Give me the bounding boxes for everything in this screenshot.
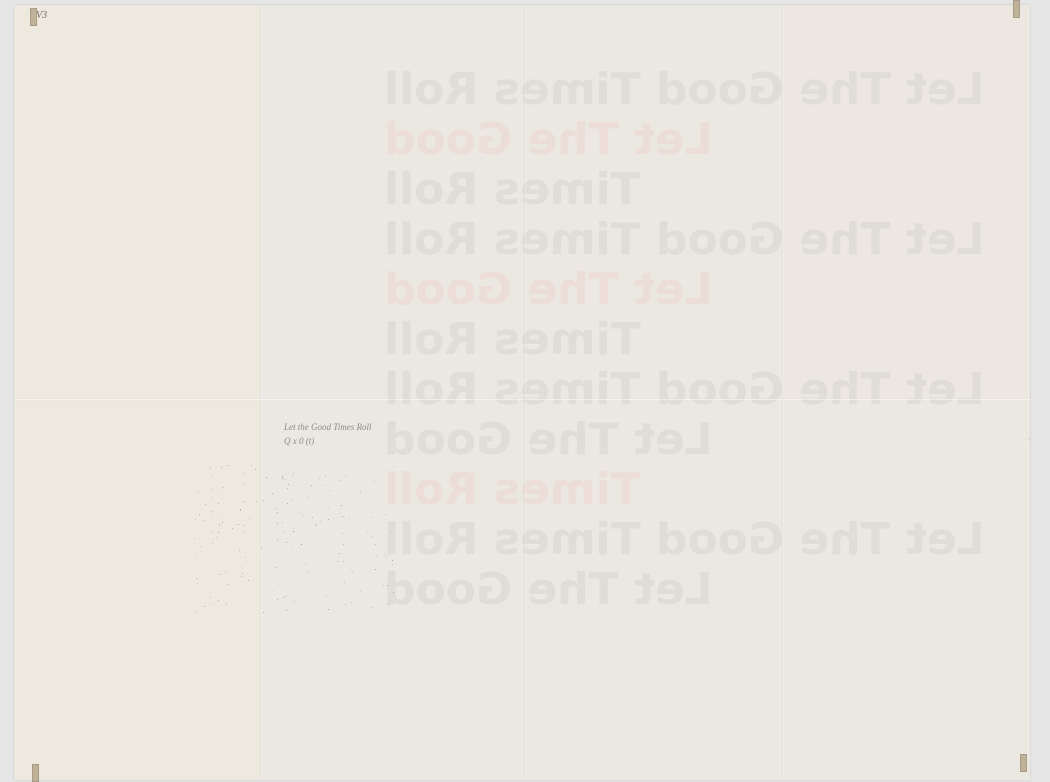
speckle xyxy=(328,507,329,508)
speckle xyxy=(360,492,361,493)
speckle xyxy=(251,465,252,466)
speckle xyxy=(373,505,374,506)
speckle xyxy=(276,508,277,509)
speckle xyxy=(343,544,344,545)
speckle xyxy=(329,490,330,491)
speckle xyxy=(287,488,288,489)
speckle xyxy=(315,525,316,526)
speckle xyxy=(376,555,377,556)
speckle xyxy=(368,563,369,564)
speckle xyxy=(388,604,389,605)
speckle xyxy=(263,500,264,501)
speckle xyxy=(292,499,293,500)
speckle xyxy=(342,516,343,517)
speckle xyxy=(277,599,278,600)
left-panel-tint xyxy=(14,5,260,780)
speckle xyxy=(330,571,331,572)
speckle xyxy=(277,540,278,541)
speckle xyxy=(326,539,327,540)
speckle xyxy=(218,503,219,504)
speckle xyxy=(266,477,267,478)
speckle xyxy=(294,601,295,602)
speckle xyxy=(339,553,340,554)
speckle xyxy=(287,503,288,504)
poster-back: Let The Good Times Roll Let The Good Tim… xyxy=(14,5,1030,780)
speckle xyxy=(312,517,313,518)
corner-pencil-mark: V3 xyxy=(36,10,47,21)
speckle xyxy=(212,518,213,519)
speckle xyxy=(303,515,304,516)
speckle xyxy=(244,501,245,502)
speckle xyxy=(225,571,226,572)
speckle xyxy=(328,519,329,520)
speckle xyxy=(372,517,373,518)
speckle xyxy=(344,582,345,583)
speckle xyxy=(195,612,196,613)
speckle xyxy=(282,478,283,479)
speckle xyxy=(345,475,346,476)
speckle xyxy=(243,473,244,474)
speckle xyxy=(328,609,329,610)
speckle xyxy=(306,538,307,539)
speckle xyxy=(374,481,375,482)
speckle xyxy=(276,567,277,568)
tape-bottom-left xyxy=(32,764,39,782)
speckle xyxy=(293,473,294,474)
speckle xyxy=(292,475,293,476)
edge-tear xyxy=(1029,437,1030,449)
tape-bottom-right xyxy=(1020,754,1027,772)
speckle xyxy=(317,546,318,547)
speckle xyxy=(282,522,283,523)
speckle xyxy=(286,595,287,596)
speckle xyxy=(375,544,376,545)
speckle xyxy=(367,531,368,532)
speckle xyxy=(284,479,285,480)
speckle xyxy=(277,523,278,524)
speckle xyxy=(200,546,201,547)
speckle xyxy=(308,602,309,603)
speckle xyxy=(199,514,200,515)
tape-top-right xyxy=(1013,0,1020,18)
speckle xyxy=(232,528,233,529)
speckle xyxy=(391,532,392,533)
speckle xyxy=(311,485,312,486)
speckle xyxy=(284,531,285,532)
speckle xyxy=(286,542,287,543)
speckle xyxy=(308,497,309,498)
show-through-text: Let The Good Times Roll Let The Good Tim… xyxy=(384,65,1024,615)
speckle xyxy=(286,610,287,611)
speckle xyxy=(216,537,217,538)
speckle xyxy=(360,591,361,592)
speckle xyxy=(283,597,284,598)
speckle xyxy=(371,536,372,537)
speckle xyxy=(195,558,196,559)
speckle xyxy=(272,493,273,494)
speckle xyxy=(345,604,346,605)
speckle xyxy=(288,484,289,485)
speckle xyxy=(339,513,340,514)
speckle xyxy=(210,597,211,598)
speckle xyxy=(350,569,351,570)
speckle xyxy=(218,600,219,601)
speckle xyxy=(293,531,294,532)
speckle xyxy=(349,518,350,519)
speckle xyxy=(392,564,393,565)
speckle xyxy=(343,561,344,562)
speckle xyxy=(219,524,220,525)
speckle xyxy=(221,467,222,468)
speckle xyxy=(239,524,240,525)
speckle xyxy=(385,514,386,515)
speckle xyxy=(241,566,242,567)
speckle xyxy=(263,612,264,613)
speckle xyxy=(210,604,211,605)
speckle xyxy=(375,569,376,570)
speckle xyxy=(223,487,224,488)
speckle xyxy=(351,602,352,603)
speckle xyxy=(285,596,286,597)
vertical-fold-1 xyxy=(260,5,262,780)
speckle xyxy=(241,576,242,577)
speckle xyxy=(307,571,308,572)
speckle xyxy=(305,563,306,564)
speckle xyxy=(319,478,320,479)
speckle xyxy=(293,528,294,529)
speckle xyxy=(316,523,317,524)
speckle xyxy=(371,607,372,608)
speckle xyxy=(218,532,219,533)
speckle xyxy=(326,595,327,596)
speckle xyxy=(334,580,335,581)
speckle xyxy=(226,603,227,604)
speckle xyxy=(320,521,321,522)
speckle xyxy=(277,512,278,513)
speckle xyxy=(273,591,274,592)
speckle xyxy=(300,512,301,513)
speckle xyxy=(325,476,326,477)
vertical-fold-3 xyxy=(782,5,784,780)
speckle xyxy=(204,606,205,607)
speckle xyxy=(337,561,338,562)
speckle xyxy=(394,467,395,468)
speckle xyxy=(341,505,342,506)
pencil-handwriting: Let the Good Times Roll Q x 0 (t) xyxy=(284,420,372,448)
speckle xyxy=(212,511,213,512)
tape-top-left xyxy=(30,8,37,26)
speckle xyxy=(301,544,302,545)
speckle xyxy=(292,549,293,550)
speckle xyxy=(352,571,353,572)
speckle xyxy=(340,480,341,481)
speckle xyxy=(325,485,326,486)
speckle xyxy=(342,533,343,534)
vertical-fold-2 xyxy=(524,5,526,780)
speckle xyxy=(282,476,283,477)
horizontal-fold xyxy=(14,398,1030,401)
